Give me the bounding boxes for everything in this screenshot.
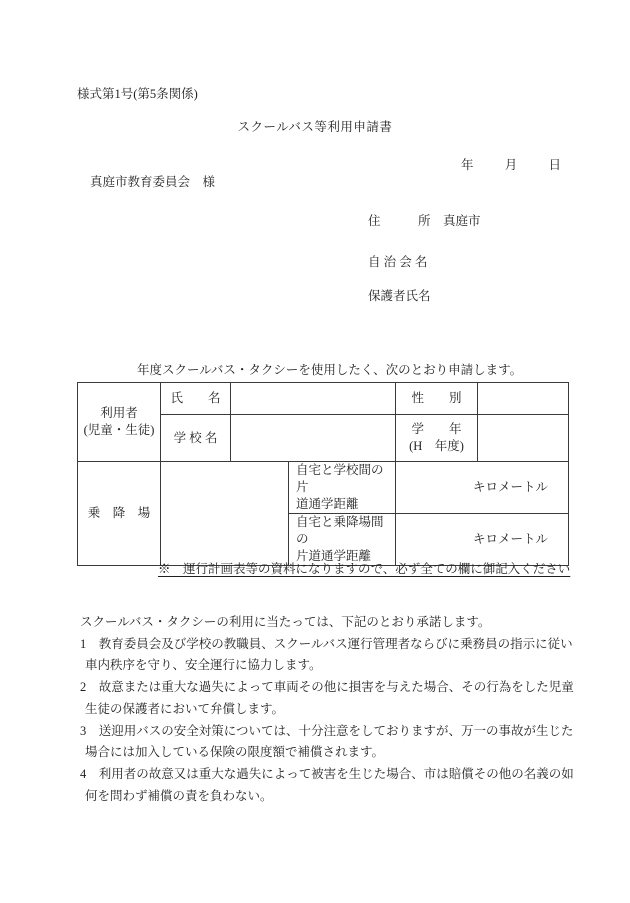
guardian-name-label: 保護者氏名 xyxy=(368,286,431,304)
consent-item-1: 1 教育委員会及び学校の教職員、スクールバス運行管理者ならびに乗務員の指示に従い xyxy=(80,634,585,656)
consent-intro: スクールバス・タクシーの利用に当たっては、下記のとおり承諾します。 xyxy=(80,612,585,634)
dist-stop-unit-cell: キロメートル xyxy=(396,514,569,566)
dist-school-label-cell: 自宅と学校間の片 道通学距離 xyxy=(289,462,396,514)
consent-item-1-cont: 車内秩序を守り、安全運行に協力します。 xyxy=(80,655,585,677)
name-label-cell: 氏 名 xyxy=(161,383,231,415)
user-label: 利用者 xyxy=(78,405,160,422)
consent-item-4: 4 利用者の故意又は重大な過失によって被害を生じた場合、市は賠償その他の名義の如 xyxy=(80,764,585,786)
consent-item-3-cont: 場合には加入している保険の限度額で補償されます。 xyxy=(80,742,585,764)
addressee: 真庭市教育委員会 様 xyxy=(90,172,215,190)
school-value-cell xyxy=(231,415,396,462)
page-title: スクールバス等利用申請書 xyxy=(0,117,630,135)
date-line: 年 月 日 xyxy=(461,155,561,173)
consent-item-2: 2 故意または重大な過失によって車両その他に損害を与えた場合、その行為をした児童 xyxy=(80,677,585,699)
consent-item-3: 3 送迎用バスの安全対策については、十分注意をしておりますが、万一の事故が生じた xyxy=(80,721,585,743)
name-value-cell xyxy=(231,383,396,415)
school-label-cell: 学 校 名 xyxy=(161,415,231,462)
grade-value-cell xyxy=(478,415,569,462)
form-number: 様式第1号(第5条関係) xyxy=(77,84,198,102)
gender-label-cell: 性 別 xyxy=(396,383,478,415)
document-page: 様式第1号(第5条関係) スクールバス等利用申請書 年 月 日 真庭市教育委員会… xyxy=(0,0,630,903)
consent-item-2-cont: 生徒の保護者において弁償します。 xyxy=(80,699,585,721)
fill-all-fields-note: ※ 運行計画表等の資料になりますので、必ず全ての欄に御記入ください xyxy=(158,559,570,577)
user-sublabel: (児童・生徒) xyxy=(78,422,160,439)
user-header-cell: 利用者(児童・生徒) xyxy=(78,383,161,462)
date-year-label: 年 xyxy=(461,155,474,173)
application-intro: 年度スクールバス・タクシーを使用したく、次のとおり申請します。 xyxy=(137,360,522,378)
dist-school-unit-cell: キロメートル xyxy=(396,462,569,514)
dist-stop-label-cell: 自宅と乗降場間の 片道通学距離 xyxy=(289,514,396,566)
stop-label-cell: 乗 降 場 xyxy=(78,462,161,566)
grade-label-cell: 学 年 (H 年度) xyxy=(396,415,478,462)
consent-item-4-cont: 何を問わず補償の責を負わない。 xyxy=(80,786,585,808)
stop-value-cell xyxy=(161,462,289,566)
consent-block: スクールバス・タクシーの利用に当たっては、下記のとおり承諾します。 1 教育委員… xyxy=(80,612,585,807)
address-line: 住 所 真庭市 xyxy=(368,211,481,229)
application-table: 利用者(児童・生徒) 氏 名 性 別 学 校 名 学 年 (H 年度) 乗 降 … xyxy=(77,382,569,566)
jichikai-label: 自 治 会 名 xyxy=(368,252,427,270)
gender-value-cell xyxy=(478,383,569,415)
date-day-label: 日 xyxy=(548,155,561,173)
date-month-label: 月 xyxy=(505,155,518,173)
